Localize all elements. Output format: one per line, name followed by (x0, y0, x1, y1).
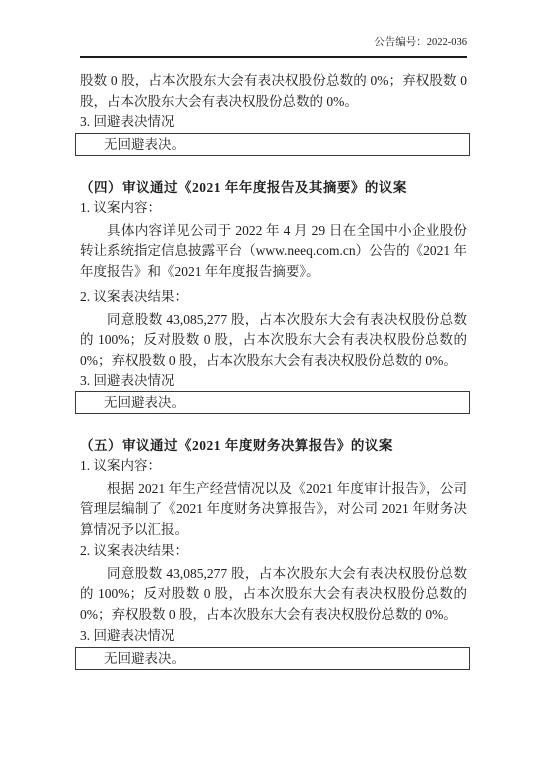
section-5-content-text: 根据 2021 年生产经营情况以及《2021 年度审计报告》，公司管理层编制了《… (80, 479, 467, 541)
section-5-vote-text: 同意股数 43,085,277 股，占本次股东大会有表决权股份总数的 100%；… (80, 564, 467, 626)
document-page: 公告编号：2022-036 股数 0 股，占本次股东大会有表决权股份总数的 0%… (0, 0, 545, 771)
section-5-recusal-result-text: 无回避表决。 (104, 651, 185, 666)
section-4-vote-text: 同意股数 43,085,277 股，占本次股东大会有表决权股份总数的 100%；… (80, 310, 467, 372)
recusal-section-label: 3. 回避表决情况 (80, 112, 467, 133)
section-5-content-label: 1. 议案内容： (80, 456, 467, 477)
recusal-result-box: 无回避表决。 (75, 133, 470, 156)
section-5-recusal-result-box: 无回避表决。 (75, 647, 470, 670)
section-4-content-text: 具体内容详见公司于 2022 年 4 月 29 日在全国中小企业股份转让系统指定… (80, 221, 467, 283)
section-5-recusal-label: 3. 回避表决情况 (80, 626, 467, 647)
section-4-recusal-result-text: 无回避表决。 (104, 395, 185, 410)
announcement-number: 公告编号：2022-036 (80, 36, 467, 49)
recusal-result-text: 无回避表决。 (104, 137, 185, 152)
vote-result-carryover-text: 股数 0 股，占本次股东大会有表决权股份总数的 0%；弃权股数 0 股，占本次股… (80, 71, 467, 112)
section-4-recusal-label: 3. 回避表决情况 (80, 371, 467, 392)
section-4-title: （四）审议通过《2021 年年度报告及其摘要》的议案 (80, 178, 467, 199)
section-4-content-label: 1. 议案内容： (80, 198, 467, 219)
header-rule (80, 56, 467, 58)
section-4-recusal-result-box: 无回避表决。 (75, 391, 470, 414)
section-4-vote-label: 2. 议案表决结果： (80, 287, 467, 308)
section-5-vote-label: 2. 议案表决结果： (80, 541, 467, 562)
section-5-title: （五）审议通过《2021 年度财务决算报告》的议案 (80, 436, 467, 457)
